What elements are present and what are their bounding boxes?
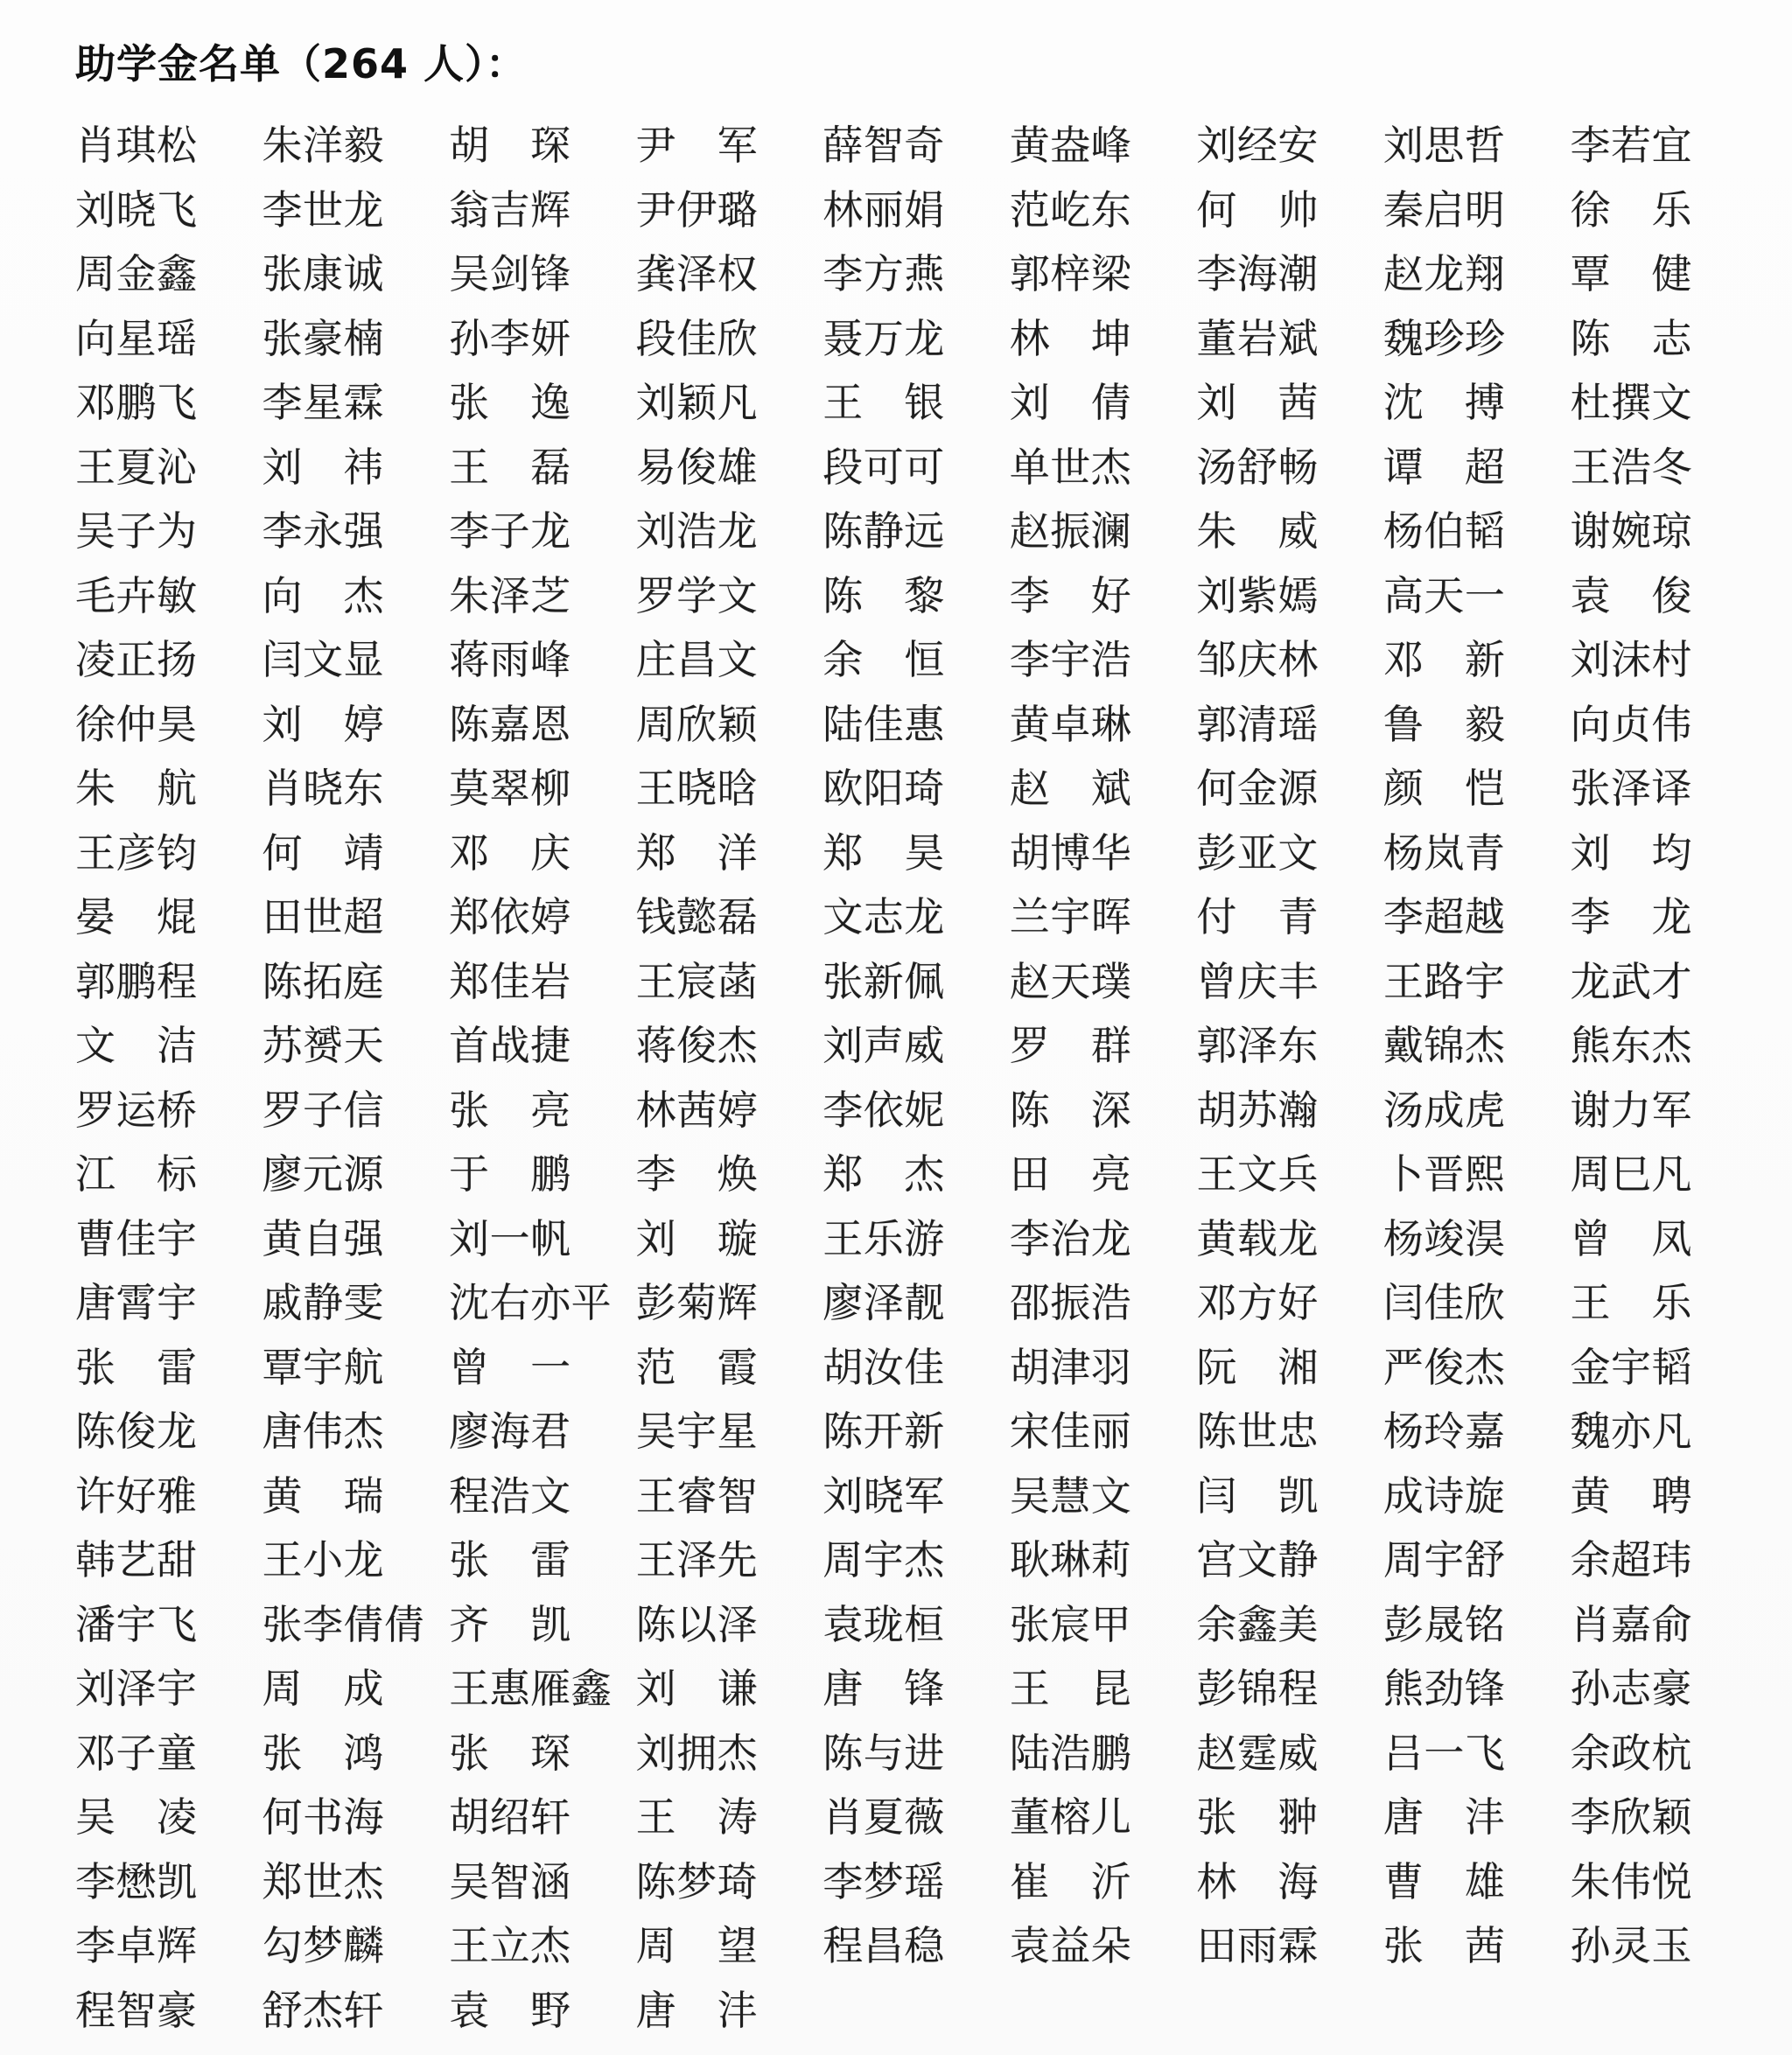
name-item: 余鑫美 <box>1196 1590 1383 1654</box>
name-item: 黄 聘 <box>1570 1461 1757 1526</box>
name-item: 高天一 <box>1383 561 1571 626</box>
name-item: 于 鹏 <box>449 1140 636 1205</box>
name-item: 郑 昊 <box>822 818 1010 883</box>
name-item: 何书海 <box>262 1783 450 1848</box>
name-item: 刘泽宇 <box>75 1654 262 1719</box>
name-item: 邓 新 <box>1383 626 1571 690</box>
name-item: 朱 航 <box>75 754 262 819</box>
name-item: 朱伟悦 <box>1570 1847 1757 1912</box>
name-item: 闫佳欣 <box>1383 1269 1571 1333</box>
name-item: 张豪楠 <box>262 304 450 368</box>
name-item: 周巳凡 <box>1570 1140 1757 1205</box>
name-item: 谢力军 <box>1570 1075 1757 1140</box>
name-item: 邓方好 <box>1196 1269 1383 1333</box>
name-item: 王立杰 <box>449 1912 636 1976</box>
name-item: 戴锦杰 <box>1383 1011 1571 1076</box>
name-item: 翁吉辉 <box>449 175 636 240</box>
name-item: 肖嘉俞 <box>1570 1590 1757 1654</box>
name-item: 廖泽靓 <box>822 1269 1010 1333</box>
name-item: 田 亮 <box>1010 1140 1197 1205</box>
name-item: 邓子童 <box>75 1718 262 1783</box>
name-item: 吴智涵 <box>449 1847 636 1912</box>
name-item: 王路宇 <box>1383 947 1571 1011</box>
name-item: 张宸甲 <box>1010 1590 1197 1654</box>
name-item: 刘 婷 <box>262 689 450 754</box>
name-item: 张 鸿 <box>262 1718 450 1783</box>
name-item: 董岩斌 <box>1196 304 1383 368</box>
name-item: 王 磊 <box>449 432 636 497</box>
name-item: 唐 锋 <box>822 1654 1010 1719</box>
name-item: 李永强 <box>262 497 450 562</box>
name-item: 鲁 毅 <box>1383 689 1571 754</box>
name-item: 舒杰轩 <box>262 1975 450 2040</box>
name-item: 杨玲嘉 <box>1383 1397 1571 1462</box>
name-item: 段佳欣 <box>636 304 823 368</box>
name-item: 张 茜 <box>1383 1912 1571 1976</box>
name-item: 陈拓庭 <box>262 947 450 1011</box>
name-item: 彭亚文 <box>1196 818 1383 883</box>
name-item: 吴剑锋 <box>449 240 636 304</box>
name-item: 耿琳莉 <box>1010 1526 1197 1590</box>
name-item: 汤成虎 <box>1383 1075 1571 1140</box>
name-item: 郭泽东 <box>1196 1011 1383 1076</box>
name-item: 唐 沣 <box>1383 1783 1571 1848</box>
name-item: 黄载龙 <box>1196 1204 1383 1269</box>
name-item: 李懋凯 <box>75 1847 262 1912</box>
name-item: 张新佩 <box>822 947 1010 1011</box>
name-item: 唐伟杰 <box>262 1397 450 1462</box>
name-item: 龙武才 <box>1570 947 1757 1011</box>
name-item: 林 坤 <box>1010 304 1197 368</box>
name-item: 刘拥杰 <box>636 1718 823 1783</box>
name-item: 徐 乐 <box>1570 175 1757 240</box>
name-item: 肖晓东 <box>262 754 450 819</box>
name-item: 林 海 <box>1196 1847 1383 1912</box>
name-item: 吴 凌 <box>75 1783 262 1848</box>
name-item: 晏 焜 <box>75 883 262 947</box>
name-item: 胡 琛 <box>449 111 636 176</box>
name-item: 尹伊璐 <box>636 175 823 240</box>
name-item: 陈开新 <box>822 1397 1010 1462</box>
name-item: 王浩冬 <box>1570 432 1757 497</box>
name-item: 张 雷 <box>75 1332 262 1397</box>
name-item: 李海潮 <box>1196 240 1383 304</box>
name-item: 李 焕 <box>636 1140 823 1205</box>
name-item: 颜 恺 <box>1383 754 1571 819</box>
name-item: 李星霖 <box>262 368 450 433</box>
name-item: 李子龙 <box>449 497 636 562</box>
name-item: 曾 凤 <box>1570 1204 1757 1269</box>
name-item: 范屹东 <box>1010 175 1197 240</box>
name-item: 刘思哲 <box>1383 111 1571 176</box>
name-item: 李治龙 <box>1010 1204 1197 1269</box>
name-item: 熊劲锋 <box>1383 1654 1571 1719</box>
name-item: 刘紫嫣 <box>1196 561 1383 626</box>
name-item: 陈俊龙 <box>75 1397 262 1462</box>
name-item: 成诗旋 <box>1383 1461 1571 1526</box>
name-item: 袁 野 <box>449 1975 636 2040</box>
name-item: 陈 深 <box>1010 1075 1197 1140</box>
name-item: 许好雅 <box>75 1461 262 1526</box>
name-item: 郭梓梁 <box>1010 240 1197 304</box>
name-item: 朱泽芝 <box>449 561 636 626</box>
name-item: 李卓辉 <box>75 1912 262 1976</box>
name-item: 刘 谦 <box>636 1654 823 1719</box>
name-item: 胡苏瀚 <box>1196 1075 1383 1140</box>
name-item: 郑佳岩 <box>449 947 636 1011</box>
name-item: 曹佳宇 <box>75 1204 262 1269</box>
name-item: 陆佳惠 <box>822 689 1010 754</box>
name-item: 王夏沁 <box>75 432 262 497</box>
name-item: 戚静雯 <box>262 1269 450 1333</box>
name-item: 林茜婷 <box>636 1075 823 1140</box>
name-item: 张康诚 <box>262 240 450 304</box>
name-item: 胡绍轩 <box>449 1783 636 1848</box>
name-item: 王宸菡 <box>636 947 823 1011</box>
name-item: 王 银 <box>822 368 1010 433</box>
name-item: 胡汝佳 <box>822 1332 1010 1397</box>
name-item: 曹 雄 <box>1383 1847 1571 1912</box>
name-item: 阮 湘 <box>1196 1332 1383 1397</box>
name-item: 朱洋毅 <box>262 111 450 176</box>
name-item: 宋佳丽 <box>1010 1397 1197 1462</box>
name-item: 覃宇航 <box>262 1332 450 1397</box>
name-item: 单世杰 <box>1010 432 1197 497</box>
name-item: 曾 一 <box>449 1332 636 1397</box>
name-item: 蒋雨峰 <box>449 626 636 690</box>
name-item: 刘晓军 <box>822 1461 1010 1526</box>
name-item: 胡博华 <box>1010 818 1197 883</box>
name-item: 李 龙 <box>1570 883 1757 947</box>
name-item: 曾庆丰 <box>1196 947 1383 1011</box>
name-item: 邓鹏飞 <box>75 368 262 433</box>
name-item: 廖海君 <box>449 1397 636 1462</box>
name-item: 庄昌文 <box>636 626 823 690</box>
name-item: 苏赟天 <box>262 1011 450 1076</box>
name-item: 王小龙 <box>262 1526 450 1590</box>
name-item: 李欣颖 <box>1570 1783 1757 1848</box>
name-item: 汤舒畅 <box>1196 432 1383 497</box>
name-item: 董榕儿 <box>1010 1783 1197 1848</box>
name-item: 袁珑桓 <box>822 1590 1010 1654</box>
name-item: 刘晓飞 <box>75 175 262 240</box>
name-item: 范 霞 <box>636 1332 823 1397</box>
name-item: 彭晟铭 <box>1383 1590 1571 1654</box>
name-item: 尹 军 <box>636 111 823 176</box>
name-item: 李方燕 <box>822 240 1010 304</box>
name-item: 李若宜 <box>1570 111 1757 176</box>
name-item: 孙志豪 <box>1570 1654 1757 1719</box>
name-item: 陈世忠 <box>1196 1397 1383 1462</box>
name-item: 王睿智 <box>636 1461 823 1526</box>
name-item: 杨伯韬 <box>1383 497 1571 562</box>
name-item: 刘一帆 <box>449 1204 636 1269</box>
name-item: 王晓晗 <box>636 754 823 819</box>
name-item: 潘宇飞 <box>75 1590 262 1654</box>
name-item: 魏珍珍 <box>1383 304 1571 368</box>
name-item: 王文兵 <box>1196 1140 1383 1205</box>
name-item: 李超越 <box>1383 883 1571 947</box>
name-item: 王惠雁鑫 <box>449 1654 636 1719</box>
name-item: 陈梦琦 <box>636 1847 823 1912</box>
name-item: 吴子为 <box>75 497 262 562</box>
name-item: 张泽译 <box>1570 754 1757 819</box>
name-item: 张 亮 <box>449 1075 636 1140</box>
name-item: 徐仲昊 <box>75 689 262 754</box>
name-item: 陈 志 <box>1570 304 1757 368</box>
name-item: 谭 超 <box>1383 432 1571 497</box>
name-item: 林丽娟 <box>822 175 1010 240</box>
name-item: 黄盎峰 <box>1010 111 1197 176</box>
name-item: 罗运桥 <box>75 1075 262 1140</box>
name-item: 向 杰 <box>262 561 450 626</box>
name-item: 李依妮 <box>822 1075 1010 1140</box>
name-item: 黄 瑞 <box>262 1461 450 1526</box>
name-item: 周宇杰 <box>822 1526 1010 1590</box>
name-item: 何 帅 <box>1196 175 1383 240</box>
name-item: 覃 健 <box>1570 240 1757 304</box>
name-item: 袁 俊 <box>1570 561 1757 626</box>
name-item: 王 乐 <box>1570 1269 1757 1333</box>
name-item: 袁益朵 <box>1010 1912 1197 1976</box>
name-item: 余政杭 <box>1570 1718 1757 1783</box>
name-item: 齐 凯 <box>449 1590 636 1654</box>
name-item: 王泽先 <box>636 1526 823 1590</box>
name-item: 郭清瑶 <box>1196 689 1383 754</box>
name-item: 卜晋熙 <box>1383 1140 1571 1205</box>
name-item: 聂万龙 <box>822 304 1010 368</box>
name-item: 王 昆 <box>1010 1654 1197 1719</box>
name-item: 刘 祎 <box>262 432 450 497</box>
name-item: 向贞伟 <box>1570 689 1757 754</box>
name-item: 毛卉敏 <box>75 561 262 626</box>
name-item: 吕一飞 <box>1383 1718 1571 1783</box>
name-item: 谢婉琼 <box>1570 497 1757 562</box>
name-item: 李宇浩 <box>1010 626 1197 690</box>
name-item: 肖琪松 <box>75 111 262 176</box>
name-item: 李世龙 <box>262 175 450 240</box>
name-item: 文 洁 <box>75 1011 262 1076</box>
name-item: 陈 黎 <box>822 561 1010 626</box>
name-item: 杨竣淏 <box>1383 1204 1571 1269</box>
name-item: 金宇韬 <box>1570 1332 1757 1397</box>
name-item: 唐霄宇 <box>75 1269 262 1333</box>
name-item: 陈静远 <box>822 497 1010 562</box>
name-item: 薛智奇 <box>822 111 1010 176</box>
name-item: 周欣颖 <box>636 689 823 754</box>
name-item: 沈 搏 <box>1383 368 1571 433</box>
name-item: 周金鑫 <box>75 240 262 304</box>
name-item: 江 标 <box>75 1140 262 1205</box>
name-item: 周 望 <box>636 1912 823 1976</box>
name-item: 余超玮 <box>1570 1526 1757 1590</box>
name-item: 程智豪 <box>75 1975 262 2040</box>
name-item: 李 好 <box>1010 561 1197 626</box>
name-item: 严俊杰 <box>1383 1332 1571 1397</box>
name-item: 余 恒 <box>822 626 1010 690</box>
name-item: 田世超 <box>262 883 450 947</box>
name-item: 陈以泽 <box>636 1590 823 1654</box>
name-item: 何 靖 <box>262 818 450 883</box>
name-item: 孙灵玉 <box>1570 1912 1757 1976</box>
name-item: 龚泽权 <box>636 240 823 304</box>
name-item: 张 逸 <box>449 368 636 433</box>
name-item: 刘 均 <box>1570 818 1757 883</box>
name-item: 刘 倩 <box>1010 368 1197 433</box>
name-item: 赵振澜 <box>1010 497 1197 562</box>
name-item: 刘 茜 <box>1196 368 1383 433</box>
name-item: 欧阳琦 <box>822 754 1010 819</box>
name-item: 张 琛 <box>449 1718 636 1783</box>
name-item: 韩艺甜 <box>75 1526 262 1590</box>
name-item: 刘浩龙 <box>636 497 823 562</box>
name-item: 张 翀 <box>1196 1783 1383 1848</box>
name-item: 胡津羽 <box>1010 1332 1197 1397</box>
name-item: 罗子信 <box>262 1075 450 1140</box>
name-item: 张李倩倩 <box>262 1590 450 1654</box>
name-item: 唐 沣 <box>636 1975 823 2040</box>
name-item: 周宇舒 <box>1383 1526 1571 1590</box>
name-item: 刘 璇 <box>636 1204 823 1269</box>
page-title: 助学金名单（264 人）： <box>75 42 1757 87</box>
name-item: 郑世杰 <box>262 1847 450 1912</box>
name-item: 凌正扬 <box>75 626 262 690</box>
name-item: 黄卓琳 <box>1010 689 1197 754</box>
name-item: 魏亦凡 <box>1570 1397 1757 1462</box>
document-page: 助学金名单（264 人）： 肖琪松朱洋毅胡 琛尹 军薛智奇黄盎峰刘经安刘思哲李若… <box>0 0 1792 2055</box>
name-item: 沈右亦平 <box>449 1269 636 1333</box>
name-item: 廖元源 <box>262 1140 450 1205</box>
name-item: 赵龙翔 <box>1383 240 1571 304</box>
name-item: 闫文显 <box>262 626 450 690</box>
name-item: 罗 群 <box>1010 1011 1197 1076</box>
name-item: 邓 庆 <box>449 818 636 883</box>
name-item: 崔 沂 <box>1010 1847 1197 1912</box>
name-item: 肖夏薇 <box>822 1783 1010 1848</box>
name-item: 向星瑶 <box>75 304 262 368</box>
name-item: 兰宇晖 <box>1010 883 1197 947</box>
name-item: 郑 洋 <box>636 818 823 883</box>
name-item: 陈嘉恩 <box>449 689 636 754</box>
name-item: 刘声威 <box>822 1011 1010 1076</box>
name-item: 赵 斌 <box>1010 754 1197 819</box>
name-item: 孙李妍 <box>449 304 636 368</box>
name-item: 赵天璞 <box>1010 947 1197 1011</box>
name-item: 罗学文 <box>636 561 823 626</box>
name-item: 张 雷 <box>449 1526 636 1590</box>
name-item: 首战捷 <box>449 1011 636 1076</box>
name-item: 王 涛 <box>636 1783 823 1848</box>
name-item: 刘经安 <box>1196 111 1383 176</box>
name-item: 宫文静 <box>1196 1526 1383 1590</box>
name-item: 杜撰文 <box>1570 368 1757 433</box>
name-item: 刘沫村 <box>1570 626 1757 690</box>
name-item: 何金源 <box>1196 754 1383 819</box>
name-item: 蒋俊杰 <box>636 1011 823 1076</box>
name-item: 秦启明 <box>1383 175 1571 240</box>
name-item: 朱 威 <box>1196 497 1383 562</box>
name-item: 莫翠柳 <box>449 754 636 819</box>
name-item: 王彦钧 <box>75 818 262 883</box>
name-item: 彭锦程 <box>1196 1654 1383 1719</box>
name-item: 程昌稳 <box>822 1912 1010 1976</box>
name-item: 周 成 <box>262 1654 450 1719</box>
name-item: 刘颖凡 <box>636 368 823 433</box>
name-item: 熊东杰 <box>1570 1011 1757 1076</box>
name-item: 郑 杰 <box>822 1140 1010 1205</box>
name-item: 付 青 <box>1196 883 1383 947</box>
names-grid: 肖琪松朱洋毅胡 琛尹 军薛智奇黄盎峰刘经安刘思哲李若宜刘晓飞李世龙翁吉辉尹伊璐林… <box>75 111 1757 2040</box>
name-item: 杨岚青 <box>1383 818 1571 883</box>
name-item: 郭鹏程 <box>75 947 262 1011</box>
name-item: 赵霆威 <box>1196 1718 1383 1783</box>
name-item: 邵振浩 <box>1010 1269 1197 1333</box>
name-item: 段可可 <box>822 432 1010 497</box>
name-item: 田雨霖 <box>1196 1912 1383 1976</box>
name-item: 郑依婷 <box>449 883 636 947</box>
name-item: 邹庆林 <box>1196 626 1383 690</box>
name-item: 闫 凯 <box>1196 1461 1383 1526</box>
name-item: 程浩文 <box>449 1461 636 1526</box>
name-item: 黄自强 <box>262 1204 450 1269</box>
name-item: 文志龙 <box>822 883 1010 947</box>
name-item: 王乐游 <box>822 1204 1010 1269</box>
name-item: 易俊雄 <box>636 432 823 497</box>
name-item: 吴宇星 <box>636 1397 823 1462</box>
name-item: 彭菊辉 <box>636 1269 823 1333</box>
name-item: 陆浩鹏 <box>1010 1718 1197 1783</box>
name-item: 李梦瑶 <box>822 1847 1010 1912</box>
name-item: 陈与进 <box>822 1718 1010 1783</box>
name-item: 勾梦麟 <box>262 1912 450 1976</box>
name-item: 吴慧文 <box>1010 1461 1197 1526</box>
name-item: 钱懿磊 <box>636 883 823 947</box>
